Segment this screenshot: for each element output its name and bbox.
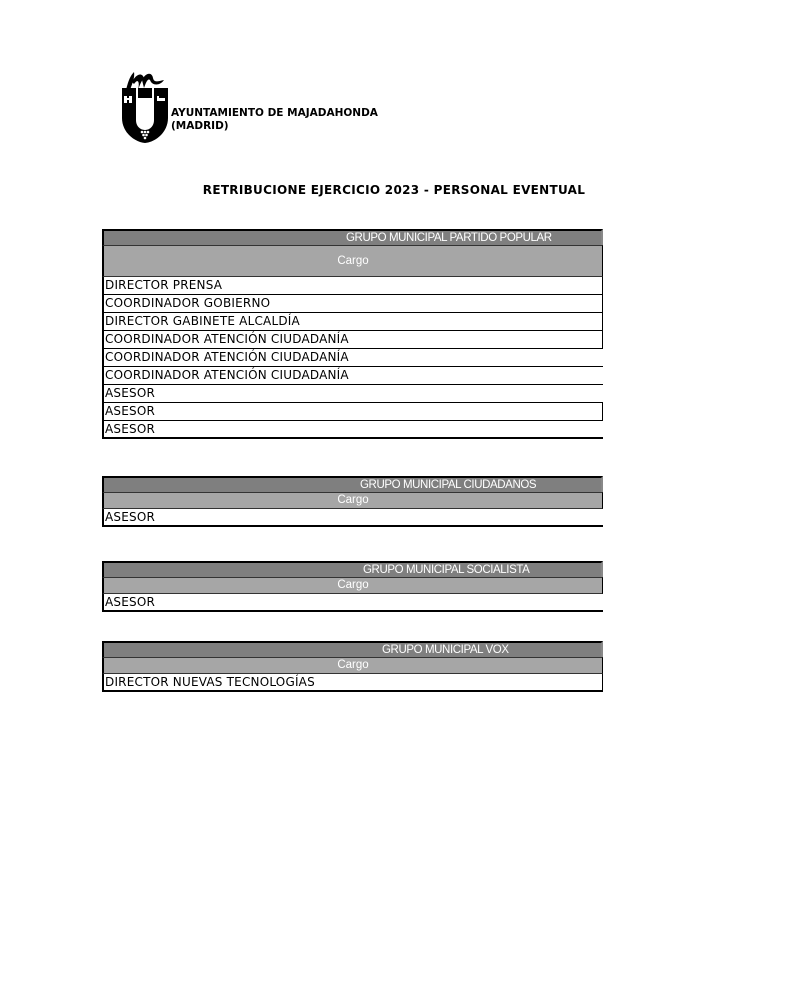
column-header-cargo: Cargo <box>102 577 603 594</box>
group-name: GRUPO MUNICIPAL VOX <box>382 643 509 658</box>
table-row: COORDINADOR ATENCIÓN CIUDADANÍA <box>102 367 603 385</box>
column-header-cargo: Cargo <box>102 245 603 277</box>
group-name: GRUPO MUNICIPAL CIUDADANOS <box>360 478 536 493</box>
column-header-cargo: Cargo <box>102 492 603 509</box>
document-title-text: RETRIBUCIONE EJERCICIO 2023 - PERSONAL E… <box>203 183 585 197</box>
document-title: RETRIBUCIONE EJERCICIO 2023 - PERSONAL E… <box>0 183 792 197</box>
table-row: DIRECTOR NUEVAS TECNOLOGÍAS <box>102 674 603 692</box>
table-row: ASESOR <box>102 509 603 527</box>
organization-name: AYUNTAMIENTO DE MAJADAHONDA (MADRID) <box>171 107 378 133</box>
group-table-ciudadanos: GRUPO MUNICIPAL CIUDADANOS Cargo ASESOR <box>102 476 603 527</box>
letterhead: AYUNTAMIENTO DE MAJADAHONDA (MADRID) <box>120 68 400 148</box>
table-row: ASESOR <box>102 421 603 439</box>
table-row: COORDINADOR ATENCIÓN CIUDADANÍA <box>102 349 603 367</box>
table-row: ASESOR <box>102 594 603 612</box>
group-table-vox: GRUPO MUNICIPAL VOX Cargo DIRECTOR NUEVA… <box>102 641 603 692</box>
table-row: COORDINADOR GOBIERNO <box>102 295 603 313</box>
table-row: ASESOR <box>102 385 603 403</box>
organization-name-line1: AYUNTAMIENTO DE MAJADAHONDA <box>171 107 378 120</box>
table-row: ASESOR <box>102 403 603 421</box>
coat-of-arms-icon <box>120 68 170 144</box>
group-name: GRUPO MUNICIPAL SOCIALISTA <box>363 563 529 578</box>
group-header: GRUPO MUNICIPAL VOX <box>102 641 603 657</box>
organization-name-line2: (MADRID) <box>171 120 378 133</box>
column-header-cargo: Cargo <box>102 657 603 674</box>
group-header: GRUPO MUNICIPAL CIUDADANOS <box>102 476 603 492</box>
group-name: GRUPO MUNICIPAL PARTIDO POPULAR <box>346 231 552 246</box>
group-header: GRUPO MUNICIPAL SOCIALISTA <box>102 561 603 577</box>
group-table-partido-popular: GRUPO MUNICIPAL PARTIDO POPULAR Cargo DI… <box>102 229 603 439</box>
group-header: GRUPO MUNICIPAL PARTIDO POPULAR <box>102 229 603 245</box>
table-row: DIRECTOR PRENSA <box>102 277 603 295</box>
group-table-socialista: GRUPO MUNICIPAL SOCIALISTA Cargo ASESOR <box>102 561 603 612</box>
table-row: DIRECTOR GABINETE ALCALDÍA <box>102 313 603 331</box>
table-row: COORDINADOR ATENCIÓN CIUDADANÍA <box>102 331 603 349</box>
